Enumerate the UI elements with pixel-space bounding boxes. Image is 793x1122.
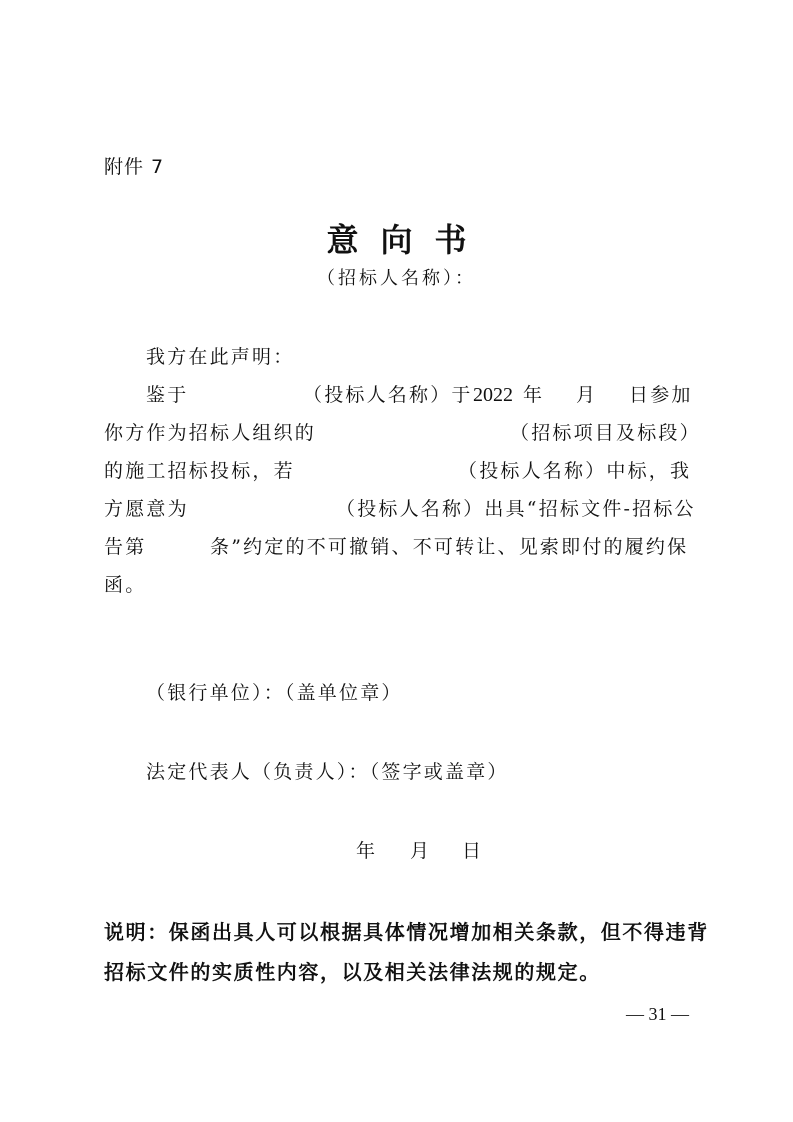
document-title: 意向书 bbox=[0, 215, 793, 261]
note-line-2: 招标文件的实质性内容，以及相关法律法规的规定。 bbox=[104, 956, 601, 988]
body-line-1-year: 2022 bbox=[473, 380, 513, 410]
page-number: — 31 — bbox=[626, 1004, 689, 1025]
body-line-5-suffix: 条”约定的不可撤销、不可转让、见索即付的履约保 bbox=[210, 532, 688, 562]
body-line-2-prefix: 你方作为招标人组织的 bbox=[104, 418, 316, 448]
body-line-5-prefix: 告第 bbox=[104, 532, 146, 562]
body-line-2-placeholder: （招标项目及标段） bbox=[510, 418, 701, 448]
legal-rep-signature-line: 法定代表人（负责人）：（签字或盖章） bbox=[146, 757, 509, 787]
date-year-unit: 年 bbox=[356, 836, 377, 866]
date-month-unit: 月 bbox=[410, 836, 431, 866]
body-line-6: 函。 bbox=[104, 570, 146, 600]
attachment-label: 附件 7 bbox=[104, 152, 164, 179]
body-line-1-placeholder: （投标人名称）于 bbox=[303, 380, 473, 410]
date-day-unit: 日 bbox=[462, 836, 483, 866]
addressee-line: （招标人名称）： bbox=[0, 264, 793, 290]
body-line-4-prefix: 方愿意为 bbox=[104, 494, 189, 524]
body-line-3-placeholder: （投标人名称）中标，我 bbox=[458, 456, 691, 486]
document-page: 附件 7 意向书 （招标人名称）： 我方在此声明： 鉴于 （投标人名称）于 20… bbox=[0, 0, 793, 1122]
declaration-line: 我方在此声明： bbox=[146, 342, 294, 372]
body-line-1-prefix: 鉴于 bbox=[146, 380, 188, 410]
bank-signature-line: （银行单位）：（盖单位章） bbox=[146, 678, 403, 708]
note-line-1: 说明：保函出具人可以根据具体情况增加相关条款，但不得违背 bbox=[104, 916, 709, 948]
body-line-3-prefix: 的施工招标投标，若 bbox=[104, 456, 295, 486]
body-line-4-placeholder: （投标人名称）出具“招标文件-招标公 bbox=[336, 494, 696, 524]
body-line-1-month-unit: 月 bbox=[576, 380, 597, 410]
body-line-1-day-unit: 日参加 bbox=[629, 380, 693, 410]
body-line-1-year-unit: 年 bbox=[523, 380, 544, 410]
